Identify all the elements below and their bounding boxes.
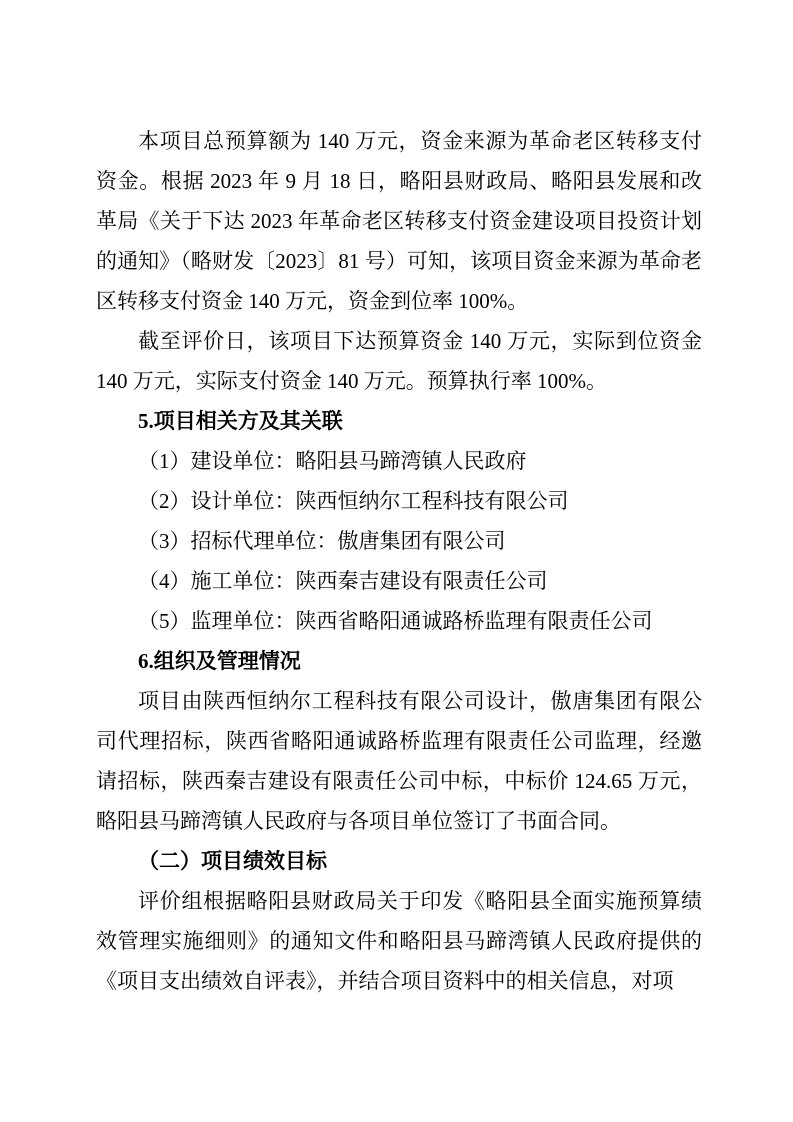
list-item-bidding-agency-unit: （3）招标代理单位：傲唐集团有限公司 [96, 521, 702, 561]
paragraph-performance-goals: 评价组根据略阳县财政局关于印发《略阳县全面实施预算绩效管理实施细则》的通知文件和… [96, 881, 702, 1001]
paragraph-budget-source: 本项目总预算额为 140 万元，资金来源为革命老区转移支付资金。根据 2023 … [96, 121, 702, 321]
paragraph-budget-execution: 截至评价日，该项目下达预算资金 140 万元，实际到位资金 140 万元，实际支… [96, 321, 702, 401]
heading-section-6-organization: 6.组织及管理情况 [96, 641, 702, 681]
list-item-supervision-unit: （5）监理单位：陕西省略阳通诚路桥监理有限责任公司 [96, 601, 702, 641]
heading-section-5-related-parties: 5.项目相关方及其关联 [96, 401, 702, 441]
list-item-construction-unit: （1）建设单位：略阳县马蹄湾镇人民政府 [96, 441, 702, 481]
heading-section-2-performance-goals: （二）项目绩效目标 [96, 841, 702, 881]
document-content: 本项目总预算额为 140 万元，资金来源为革命老区转移支付资金。根据 2023 … [96, 121, 702, 1001]
list-item-contractor-unit: （4）施工单位：陕西秦吉建设有限责任公司 [96, 561, 702, 601]
paragraph-organization-management: 项目由陕西恒纳尔工程科技有限公司设计，傲唐集团有限公司代理招标，陕西省略阳通诚路… [96, 681, 702, 841]
list-item-design-unit: （2）设计单位：陕西恒纳尔工程科技有限公司 [96, 481, 702, 521]
document-page: 本项目总预算额为 140 万元，资金来源为革命老区转移支付资金。根据 2023 … [0, 0, 793, 1122]
